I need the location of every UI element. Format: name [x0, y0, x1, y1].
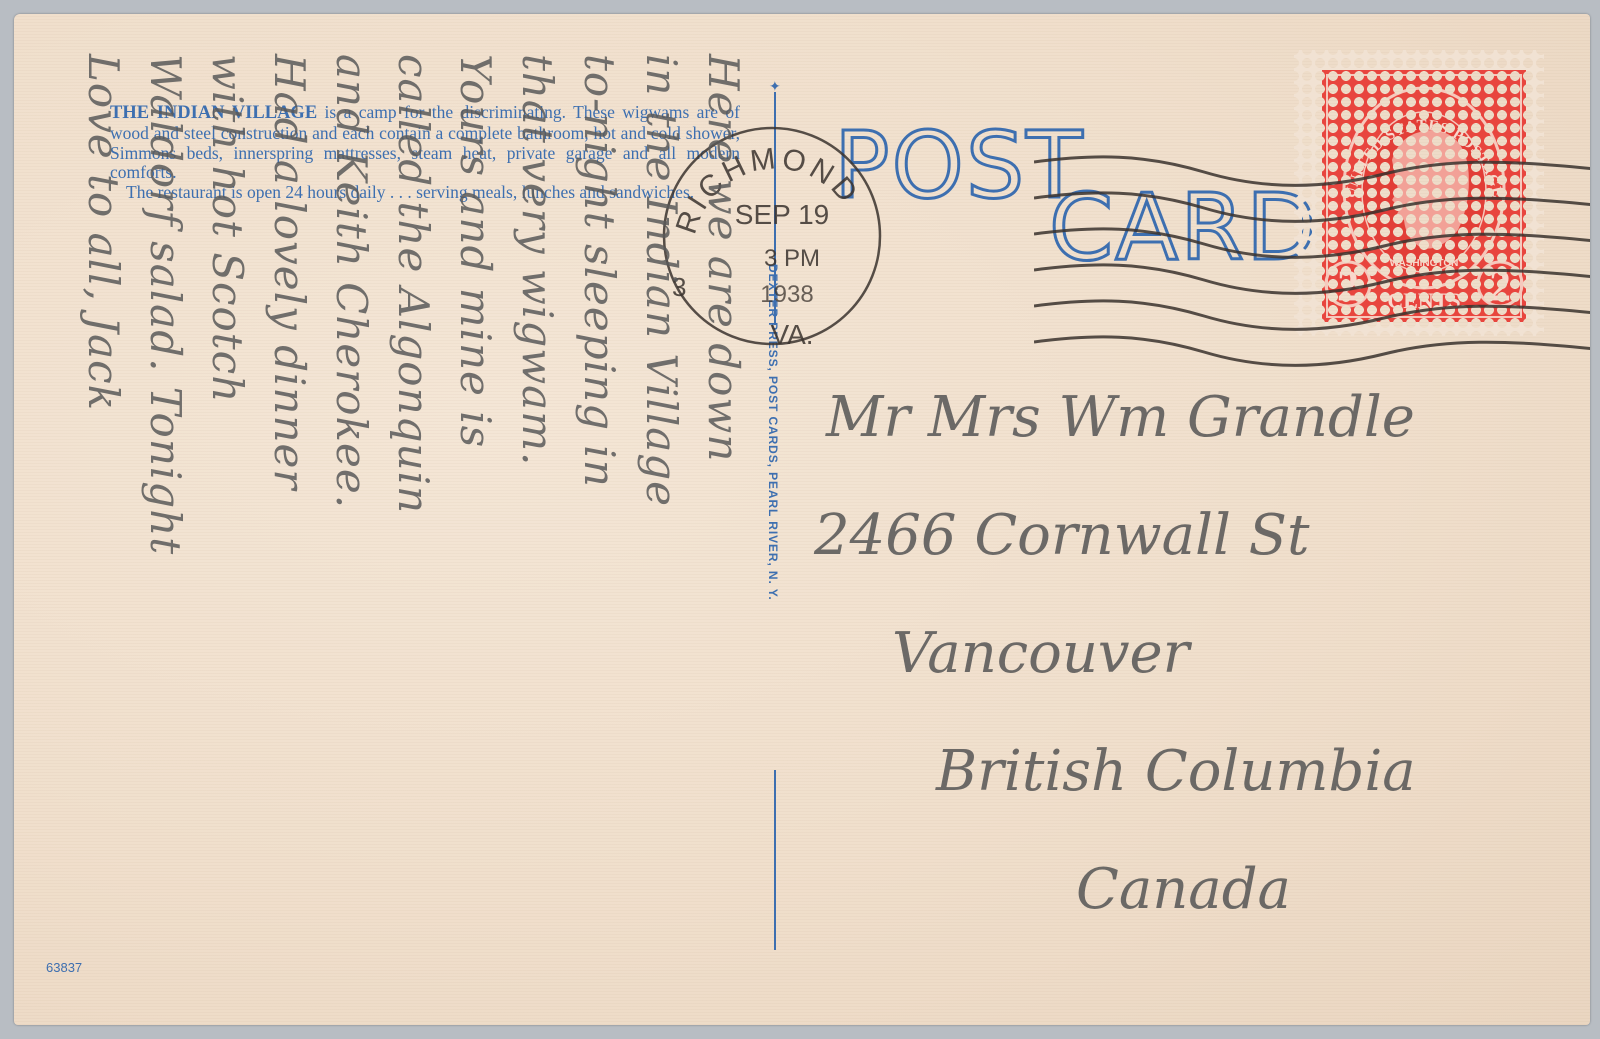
- postmark-time: 3 PM: [764, 245, 820, 272]
- message-line: Yours and mine is: [444, 54, 506, 1014]
- message-line: that very wigwam.: [506, 54, 568, 1014]
- postmark-year: 1938: [760, 281, 813, 308]
- address-street: 2466 Cornwall St: [814, 477, 1574, 595]
- recipient-address: Mr Mrs Wm Grandle 2466 Cornwall St Vanco…: [814, 359, 1574, 949]
- message-line: called the Algonquin: [382, 54, 444, 1014]
- address-province: British Columbia: [814, 713, 1574, 831]
- address-country: Canada: [814, 831, 1574, 949]
- message-line: Waldorf salad. Tonight: [134, 54, 196, 1014]
- message-line: Had a lovely dinner: [258, 54, 320, 1014]
- message-line: with hot Scotch: [196, 54, 258, 1014]
- message-line: Love to all, Jack: [72, 54, 134, 1014]
- wavy-cancel-lines: [1034, 134, 1590, 384]
- address-city: Vancouver: [814, 595, 1574, 713]
- message-line: to-night sleeping in: [568, 54, 630, 1014]
- message-line: and Keith Cherokee.: [320, 54, 382, 1014]
- message-line: in the Indian Village: [630, 54, 692, 1014]
- handwritten-message: Here we are down in the Indian Village t…: [72, 54, 754, 1014]
- postcard-back: THE INDIAN VILLAGE is a camp for the dis…: [14, 14, 1590, 1025]
- address-name: Mr Mrs Wm Grandle: [814, 359, 1574, 477]
- postmark-state: VA.: [770, 319, 813, 350]
- message-line: Here we are down: [692, 54, 754, 1014]
